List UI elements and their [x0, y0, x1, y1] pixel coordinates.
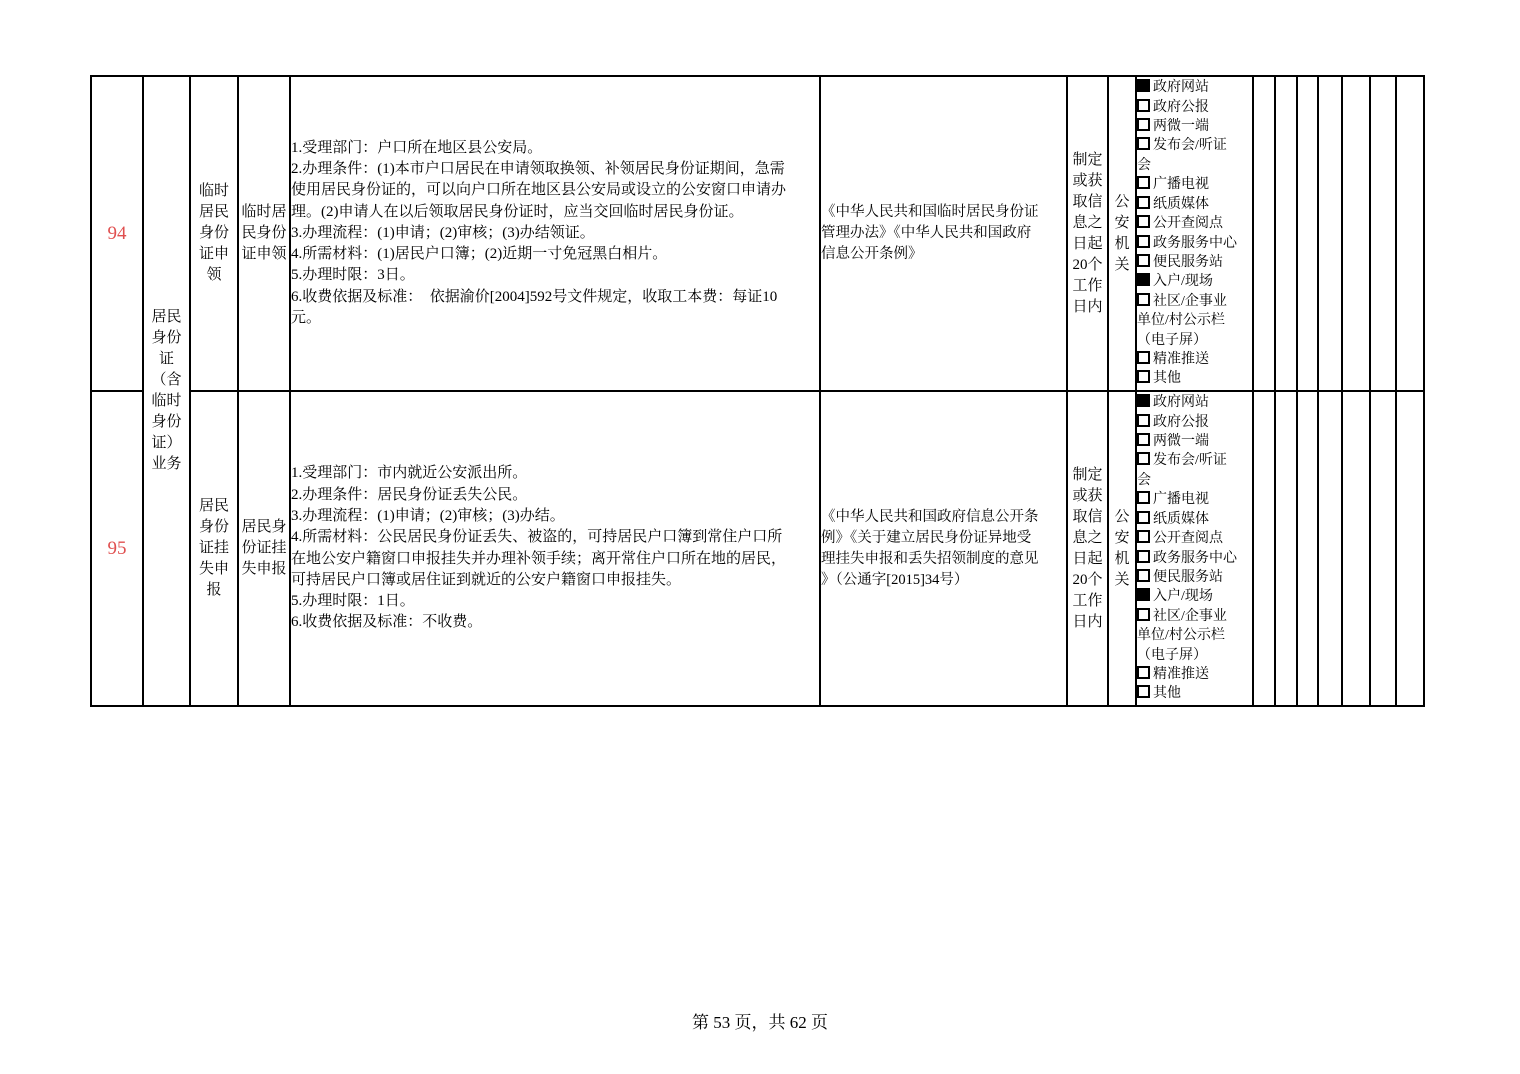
- channel-item: 纸质媒体: [1137, 195, 1252, 214]
- serial-number-94: 94: [91, 76, 143, 391]
- channel-label: 发布会/听证 会: [1137, 138, 1227, 172]
- channel-label: 入户/现场: [1153, 589, 1213, 604]
- agency-cell-95: 公 安 机 关: [1108, 391, 1136, 706]
- checkbox-icon: [1137, 351, 1150, 364]
- channel-item: 公开查阅点: [1137, 529, 1252, 548]
- channel-item: 社区/企事业 单位/村公示栏 （电子屏）: [1137, 607, 1252, 665]
- agency-cell-94: 公 安 机 关: [1108, 76, 1136, 391]
- legal-basis-cell-95: 《中华人民共和国政府信息公开条 例》《关于建立居民身份证异地受 理挂失申报和丢失…: [820, 391, 1067, 706]
- checkbox-icon: [1137, 137, 1150, 150]
- channel-label: 政府公报: [1153, 100, 1209, 115]
- channel-label: 政府网站: [1153, 395, 1209, 410]
- checkbox-icon: [1137, 608, 1150, 621]
- channel-item: 社区/企事业 单位/村公示栏 （电子屏）: [1137, 292, 1252, 350]
- channel-label: 其他: [1153, 686, 1181, 701]
- empty-cell: [1370, 76, 1396, 391]
- checkbox-icon: [1137, 414, 1150, 427]
- channel-item: 政府公报: [1137, 98, 1252, 117]
- checkbox-icon: [1137, 588, 1150, 601]
- legal-basis-cell-94: 《中华人民共和国临时居民身份证 管理办法》《中华人民共和国政府 信息公开条例》: [820, 76, 1067, 391]
- channel-list: 政府网站 政府公报 两微一端 发布会/听证 会 广播电视 纸质媒体 公开查阅点: [1137, 393, 1252, 704]
- channel-label: 政府网站: [1153, 80, 1209, 95]
- channel-list: 政府网站 政府公报 两微一端 发布会/听证 会 广播电视 纸质媒体 公开查阅点: [1137, 78, 1252, 389]
- checkbox-icon: [1137, 394, 1150, 407]
- page-footer: 第 53 页，共 62 页: [0, 1008, 1520, 1033]
- channel-item: 政务服务中心: [1137, 234, 1252, 253]
- channel-label: 公开查阅点: [1153, 216, 1223, 231]
- time-limit-cell-95: 制定 或获 取信 息之 日起 20个 工作 日内: [1067, 391, 1108, 706]
- checkbox-icon: [1137, 235, 1150, 248]
- sub-item-cell-95: 居民身 份证挂 失申报: [238, 391, 290, 706]
- channel-label: 便民服务站: [1153, 570, 1223, 585]
- checkbox-icon: [1137, 452, 1150, 465]
- empty-cell: [1318, 76, 1342, 391]
- channel-label: 便民服务站: [1153, 255, 1223, 270]
- checkbox-icon: [1137, 511, 1150, 524]
- checkbox-icon: [1137, 491, 1150, 504]
- channel-item: 入户/现场: [1137, 272, 1252, 291]
- channel-item: 纸质媒体: [1137, 510, 1252, 529]
- checkbox-icon: [1137, 569, 1150, 582]
- checkbox-icon: [1137, 370, 1150, 383]
- channel-item: 入户/现场: [1137, 587, 1252, 606]
- empty-cell: [1275, 76, 1297, 391]
- channel-label: 政务服务中心: [1153, 551, 1237, 566]
- channels-cell-95: 政府网站 政府公报 两微一端 发布会/听证 会 广播电视 纸质媒体 公开查阅点: [1136, 391, 1253, 706]
- channel-label: 纸质媒体: [1153, 197, 1209, 212]
- table-row-94: 94 居民 身份 证 （含 临时 身份 证） 业务 临时 居民 身份 证申 领 …: [91, 76, 1424, 391]
- checkbox-icon: [1137, 254, 1150, 267]
- checkbox-icon: [1137, 196, 1150, 209]
- empty-cell: [1318, 391, 1342, 706]
- checkbox-icon: [1137, 118, 1150, 131]
- channel-label: 纸质媒体: [1153, 512, 1209, 527]
- table-row-95: 95 居民 身份 证挂 失申 报 居民身 份证挂 失申报 1.受理部门：市内就近…: [91, 391, 1424, 706]
- channel-item: 其他: [1137, 369, 1252, 388]
- channel-label: 其他: [1153, 371, 1181, 386]
- channel-label: 发布会/听证 会: [1137, 453, 1227, 487]
- channel-label: 两微一端: [1153, 119, 1209, 134]
- channel-item: 其他: [1137, 684, 1252, 703]
- channel-label: 广播电视: [1153, 492, 1209, 507]
- channel-item: 精准推送: [1137, 665, 1252, 684]
- disclosure-table: 94 居民 身份 证 （含 临时 身份 证） 业务 临时 居民 身份 证申 领 …: [90, 75, 1425, 707]
- checkbox-icon: [1137, 99, 1150, 112]
- channel-label: 精准推送: [1153, 352, 1209, 367]
- checkbox-icon: [1137, 666, 1150, 679]
- channel-item: 便民服务站: [1137, 568, 1252, 587]
- empty-cell: [1342, 391, 1370, 706]
- empty-cell: [1370, 391, 1396, 706]
- channel-label: 广播电视: [1153, 177, 1209, 192]
- item-name-cell-94: 临时 居民 身份 证申 领: [190, 76, 238, 391]
- checkbox-icon: [1137, 685, 1150, 698]
- channel-item: 政务服务中心: [1137, 549, 1252, 568]
- empty-cell: [1275, 391, 1297, 706]
- category-cell: 居民 身份 证 （含 临时 身份 证） 业务: [143, 76, 190, 706]
- checkbox-icon: [1137, 176, 1150, 189]
- channel-label: 社区/企事业 单位/村公示栏 （电子屏）: [1137, 609, 1227, 663]
- channel-item: 政府公报: [1137, 413, 1252, 432]
- checkbox-icon: [1137, 273, 1150, 286]
- channel-item: 政府网站: [1137, 393, 1252, 412]
- checkbox-icon: [1137, 293, 1150, 306]
- channel-item: 政府网站: [1137, 78, 1252, 97]
- channel-item: 公开查阅点: [1137, 214, 1252, 233]
- channel-label: 政务服务中心: [1153, 236, 1237, 251]
- checkbox-icon: [1137, 433, 1150, 446]
- time-limit-cell-94: 制定 或获 取信 息之 日起 20个 工作 日内: [1067, 76, 1108, 391]
- channels-cell-94: 政府网站 政府公报 两微一端 发布会/听证 会 广播电视 纸质媒体 公开查阅点: [1136, 76, 1253, 391]
- empty-cell: [1253, 391, 1275, 706]
- checkbox-icon: [1137, 215, 1150, 228]
- channel-item: 精准推送: [1137, 350, 1252, 369]
- channel-label: 政府公报: [1153, 415, 1209, 430]
- checkbox-icon: [1137, 550, 1150, 563]
- document-page: 94 居民 身份 证 （含 临时 身份 证） 业务 临时 居民 身份 证申 领 …: [0, 0, 1520, 1074]
- checkbox-icon: [1137, 530, 1150, 543]
- channel-item: 便民服务站: [1137, 253, 1252, 272]
- sub-item-cell-94: 临时居 民身份 证申领: [238, 76, 290, 391]
- channel-item: 广播电视: [1137, 175, 1252, 194]
- empty-cell: [1342, 76, 1370, 391]
- channel-label: 入户/现场: [1153, 274, 1213, 289]
- serial-number-95: 95: [91, 391, 143, 706]
- channel-label: 公开查阅点: [1153, 531, 1223, 546]
- channel-item: 发布会/听证 会: [1137, 136, 1252, 175]
- channel-label: 两微一端: [1153, 434, 1209, 449]
- channel-item: 两微一端: [1137, 432, 1252, 451]
- empty-cell: [1396, 76, 1424, 391]
- channel-item: 发布会/听证 会: [1137, 451, 1252, 490]
- channel-label: 精准推送: [1153, 667, 1209, 682]
- empty-cell: [1253, 76, 1275, 391]
- empty-cell: [1297, 76, 1318, 391]
- channel-item: 广播电视: [1137, 490, 1252, 509]
- item-name-cell-95: 居民 身份 证挂 失申 报: [190, 391, 238, 706]
- empty-cell: [1297, 391, 1318, 706]
- channel-item: 两微一端: [1137, 117, 1252, 136]
- procedure-cell-94: 1.受理部门：户口所在地区县公安局。 2.办理条件：(1)本市户口居民在申请领取…: [290, 76, 820, 391]
- checkbox-icon: [1137, 79, 1150, 92]
- procedure-cell-95: 1.受理部门：市内就近公安派出所。 2.办理条件：居民身份证丢失公民。 3.办理…: [290, 391, 820, 706]
- empty-cell: [1396, 391, 1424, 706]
- channel-label: 社区/企事业 单位/村公示栏 （电子屏）: [1137, 294, 1227, 348]
